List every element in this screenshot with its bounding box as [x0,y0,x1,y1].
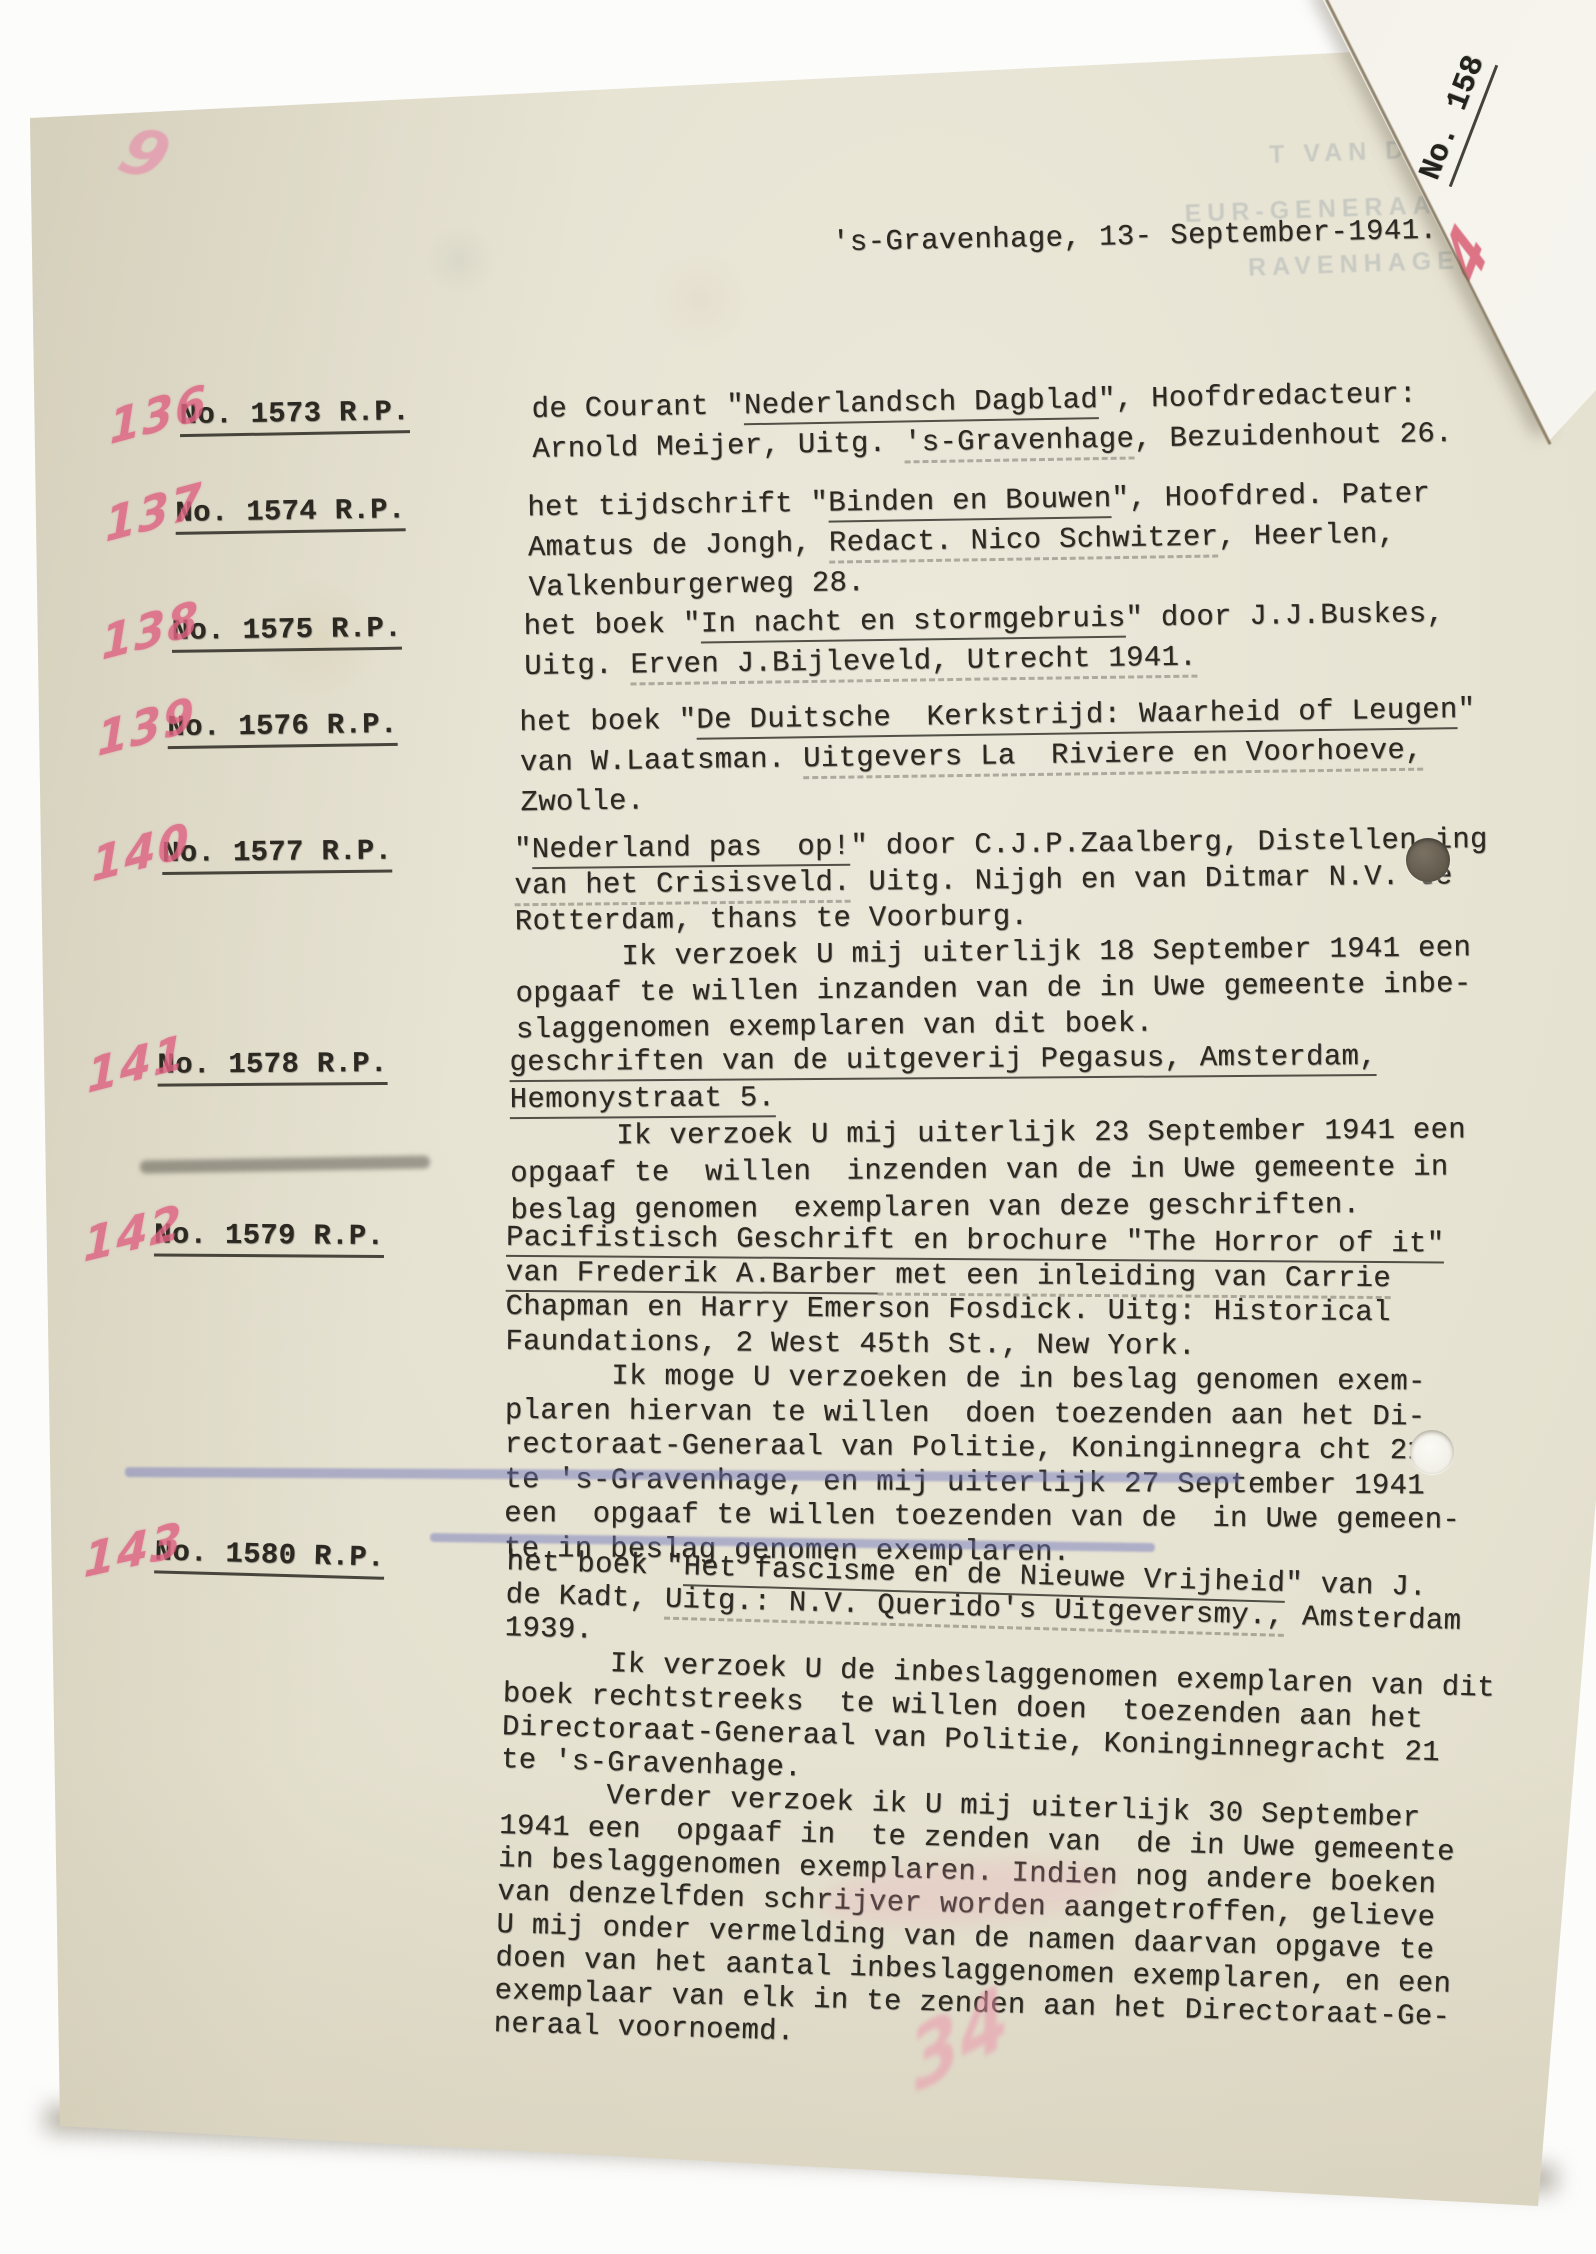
typed-segment: De Duitsche Kerkstrijd: Waarheid of Leug… [696,693,1458,740]
typed-segment: van Frederik A.Barber [506,1255,878,1294]
entry-ref-number: No. 1573 R.P. [179,395,410,437]
typed-segment: Chapman en Harry Emerson Fosdick. Uitg: … [505,1290,1390,1329]
typed-segment: het boek " [523,608,700,643]
typed-segment: de Courant " [531,389,744,426]
entry-ref-column: No. 1575 R.P. [172,610,524,653]
typed-segment: de Kadt, [505,1578,665,1615]
typed-segment: Zwolle. [520,784,644,819]
typed-segment: slaggenomen exemplaren van dit boek. [516,1007,1154,1047]
typed-segment: het tijdschrift " [527,487,828,525]
typed-segment: Ik moge U verzoeken de in beslag genomen… [505,1359,1426,1398]
typed-segment: 1939. [504,1611,593,1646]
entry-ref-number: No. 1575 R.P. [172,612,403,653]
entry-ref-column: No. 1578 R.P. [157,1046,509,1086]
entry-ref-number: No. 1576 R.P. [167,708,398,749]
typed-segment: het boek " [506,1545,684,1583]
margin-number-handwritten: 136 [109,373,209,455]
typed-segment: plaren hiervan te willen doen toezenden … [505,1393,1426,1432]
entry-ref-column: No. 1576 R.P. [167,706,519,749]
typed-segment: het boek " [519,704,696,739]
register-entry-1577: 140 No. 1577 R.P. "Nederland pas op!" do… [162,823,1490,1053]
typed-segment: rectoraat-Generaal van Politie, Koningin… [505,1428,1426,1467]
typed-segment: Nederlandsch Dagblad [744,383,1099,425]
typed-segment: 's-Gravenhage [904,422,1135,463]
typed-segment: , Bezuidenhout 26. [1134,417,1453,456]
typed-segment: " door C.J.P.Zaalberg, Distellen ing [850,823,1488,863]
entry-ref-column: No. 1577 R.P. [162,833,514,875]
typed-segment: In nacht en stormgebruis [700,602,1125,644]
entry-ref-column: No. 1574 R.P. [175,491,528,535]
typed-segment: Ik verzoek U mij uiterlijk 23 September … [510,1113,1466,1153]
margin-number-handwritten: 137 [105,471,204,553]
margin-number-handwritten: 142 [83,1193,183,1273]
entry-body: geschriften van de uitgeverij Pegasus, A… [509,1039,1466,1231]
typed-segment: Nederland pas op! [532,830,851,869]
register-entry-1575: 138 No. 1575 R.P. het boek "In nacht en … [172,597,1446,695]
typed-segment: ", Hoofdredacteur: [1098,378,1417,417]
entry-ref-number: No. 1577 R.P. [162,835,393,875]
margin-number-handwritten: 140 [91,811,190,892]
register-entry-1579: 142 No. 1579 R.P. Pacifistisch Geschrift… [152,1218,1462,1572]
typed-segment: Erven J.Bijleveld, Utrecht 1941. [630,641,1197,686]
typed-segment: Uitg. Nijgh en van Ditmar N.V. te [851,859,1453,898]
typed-segment: " van J. [1285,1567,1427,1604]
typed-segment: Valkenburgerweg 28. [528,566,865,604]
entry-body: Pacifistisch Geschrift en brochure "The … [504,1221,1462,1573]
register-entry-1573: 136 No. 1573 R.P. de Courant "Nederlands… [179,377,1453,479]
typed-segment: van het Crisisveld. [514,866,851,907]
entry-ref-column: No. 1579 R.P. [154,1218,506,1258]
typed-segment: Amsterdam [1284,1600,1462,1638]
overlay-ref-number: No. 158 [1413,51,1498,187]
entry-body: het boek "De Duitsche Kerkstrijd: Waarhe… [519,693,1477,826]
typed-segment: een opgaaf te willen toezenden van de in… [504,1497,1460,1537]
typed-segment: Arnold Meijer, Uitg. [532,426,904,465]
entry-body: "Nederland pas op!" door C.J.P.Zaalberg,… [514,823,1490,1049]
typed-segment: Hemonystraat 5. [510,1081,776,1119]
register-entry-1578: 141 No. 1578 R.P. geschriften van de uit… [157,1039,1466,1233]
typed-segment: neraal voornoemd. [493,2007,795,2048]
entry-body: het boek "Het fascisme en de Nieuwe Vrij… [493,1545,1498,2067]
entry-body: het boek "In nacht en stormgebruis" door… [523,597,1445,690]
entry-body: het tijdschrift "Binden en Bouwen", Hoof… [527,477,1432,611]
typed-segment: van W.Laatsman. [520,742,804,779]
entry-ref-number: No. 1574 R.P. [175,493,406,535]
typed-segment: Uitg. [524,648,631,682]
typed-segment: opgaaf te willen inzenden van de in Uwe … [510,1151,1448,1191]
typed-segment: geschriften van de uitgeverij Pegasus, A… [509,1040,1377,1082]
typed-segment: " [1457,693,1475,726]
overlay-ref-container: No. 158 [1413,51,1492,185]
typed-segment: Rotterdam, thans te Voorburg. [515,900,1029,938]
entry-ref-number: No. 1578 R.P. [157,1047,387,1087]
typed-segment: " door J.J.Buskes, [1125,597,1444,634]
punch-hole-top [1406,838,1450,882]
typed-segment: Faundations, 2 West 45th St., New York. [505,1324,1196,1362]
entry-ref-number: No. 1579 R.P. [154,1218,384,1258]
register-entry-1580: 143 No. 1580 R.P. het boek "Het fascisme… [141,1535,1498,2067]
typed-segment: " [514,833,532,866]
typed-text-layer: 's-Gravenhage, 13- September-1941. 136 N… [0,0,1596,2254]
margin-number-handwritten: 139 [97,686,196,768]
register-entry-1574: 137 No. 1574 R.P. het tijdschrift "Binde… [175,477,1432,617]
dateline: 's-Gravenhage, 13- September-1941. [832,214,1438,260]
entry-ref-column: No. 1573 R.P. [179,393,532,437]
punch-hole-bottom [1410,1430,1454,1474]
register-entry-1576: 139 No. 1576 R.P. het boek "De Duitsche … [167,693,1477,831]
typed-segment: te 's-Gravenhage, en mij uiterlijk 27 Se… [504,1462,1425,1501]
typed-segment: ", Hoofdred. Pater [1111,477,1430,515]
typed-segment: Amatus de Jongh, [528,527,829,565]
margin-number-handwritten: 138 [101,589,200,671]
entry-body: de Courant "Nederlandsch Dagblad", Hoofd… [531,377,1453,473]
margin-number-handwritten: 143 [83,1511,184,1589]
margin-number-handwritten: 141 [87,1023,186,1104]
entry-ref-number: No. 1580 R.P. [154,1535,385,1579]
typed-segment: Redact. Nico Schwitzer [829,520,1219,563]
typed-segment: Binden en Bouwen [828,482,1112,522]
typed-segment: Uitgevers La Riviere en Voorhoeve, [803,734,1423,780]
typed-segment: , Heerlen, [1218,518,1396,554]
